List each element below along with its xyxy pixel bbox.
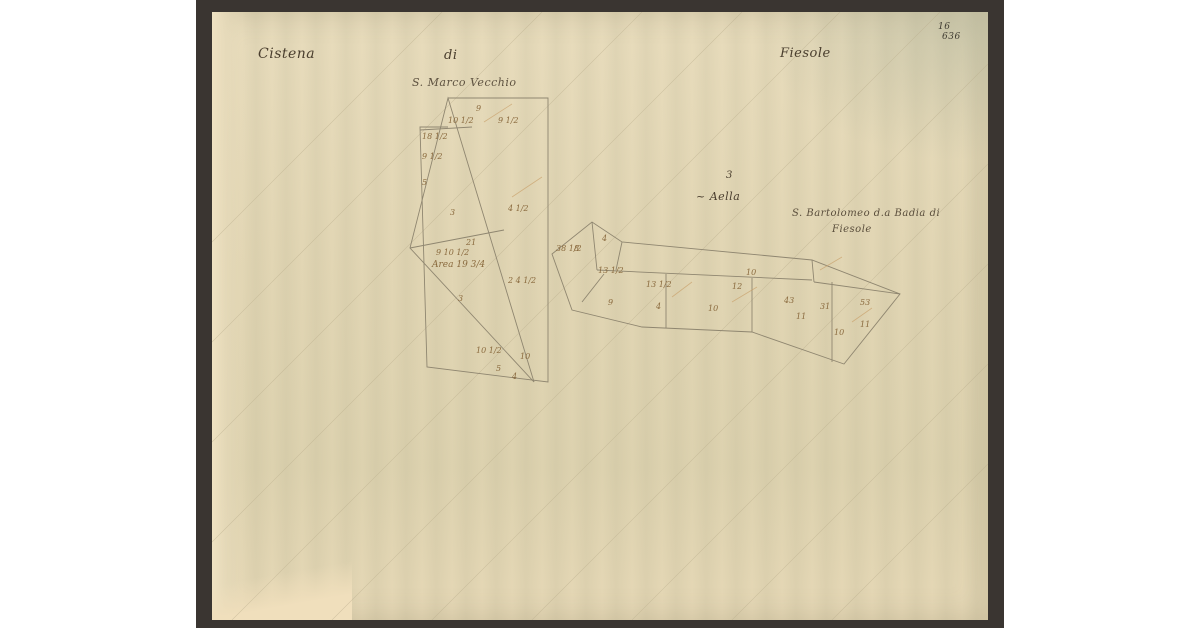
parcel-number: 2 4 1/2 <box>508 276 536 285</box>
parcel-number: 4 1/2 <box>508 204 529 213</box>
parcel-number: 9 <box>476 104 481 113</box>
parcel-number: 10 1/2 <box>448 116 474 125</box>
parcel-number: 9 <box>608 298 613 307</box>
survey-drawing <box>212 12 988 620</box>
parcel-number: 12 <box>732 282 742 291</box>
archive-number-top: 16 <box>938 22 950 32</box>
parcel-number: 21 <box>466 238 476 247</box>
parcel-number: 8 <box>574 244 579 253</box>
title-fiesole: Fiesole <box>780 46 831 61</box>
parcel-number: 11 <box>860 320 870 329</box>
area-label: Area 19 3/4 <box>432 260 485 270</box>
title-cistena: Cistena <box>258 46 315 62</box>
parcel-number: 5 <box>496 364 501 373</box>
parcel-number: 18 1/2 <box>422 132 448 141</box>
ruling-lines <box>212 12 988 620</box>
parcel-number: 10 1/2 <box>476 346 502 355</box>
parcel-number: 9 1/2 <box>498 116 519 125</box>
parcel-number: 9 10 1/2 <box>436 248 469 257</box>
parcel-number: 10 <box>834 328 844 337</box>
parcel-number: 4 <box>656 302 661 311</box>
parcel-number: 5 <box>422 178 427 187</box>
parcel-number: 4 <box>602 234 607 243</box>
title-di: di <box>444 48 457 63</box>
parcel-number: 9 1/2 <box>422 152 443 161</box>
parcel-number: 53 <box>860 298 870 307</box>
owner-note-line1: S. Bartolomeo d.a Badia di <box>792 208 940 219</box>
neighbor-label: ~ Aella <box>696 190 740 203</box>
parcel-number: 3 <box>450 208 455 217</box>
parcel-right-outline <box>552 222 900 364</box>
parcel-number: 11 <box>796 312 806 321</box>
parcel-number: 43 <box>784 296 794 305</box>
owner-note-line2: Fiesole <box>832 224 872 235</box>
parcel-number: 4 <box>512 372 517 381</box>
parcel-number: 13 1/2 <box>646 280 672 289</box>
archive-number: 636 <box>942 32 961 42</box>
manuscript-sheet: Cistena di Fiesole S. Marco Vecchio 16 6… <box>212 12 988 620</box>
subtitle-s-marco-vecchio: S. Marco Vecchio <box>412 76 517 89</box>
parcel-number: 3 <box>458 294 463 303</box>
parcel-number: 10 <box>520 352 530 361</box>
parcel-number: 10 <box>708 304 718 313</box>
parcel-number: 10 <box>746 268 756 277</box>
parcel-number: 13 1/2 <box>598 266 624 275</box>
neighbor-mark: 3 <box>726 170 733 181</box>
parcel-number: 31 <box>820 302 830 311</box>
